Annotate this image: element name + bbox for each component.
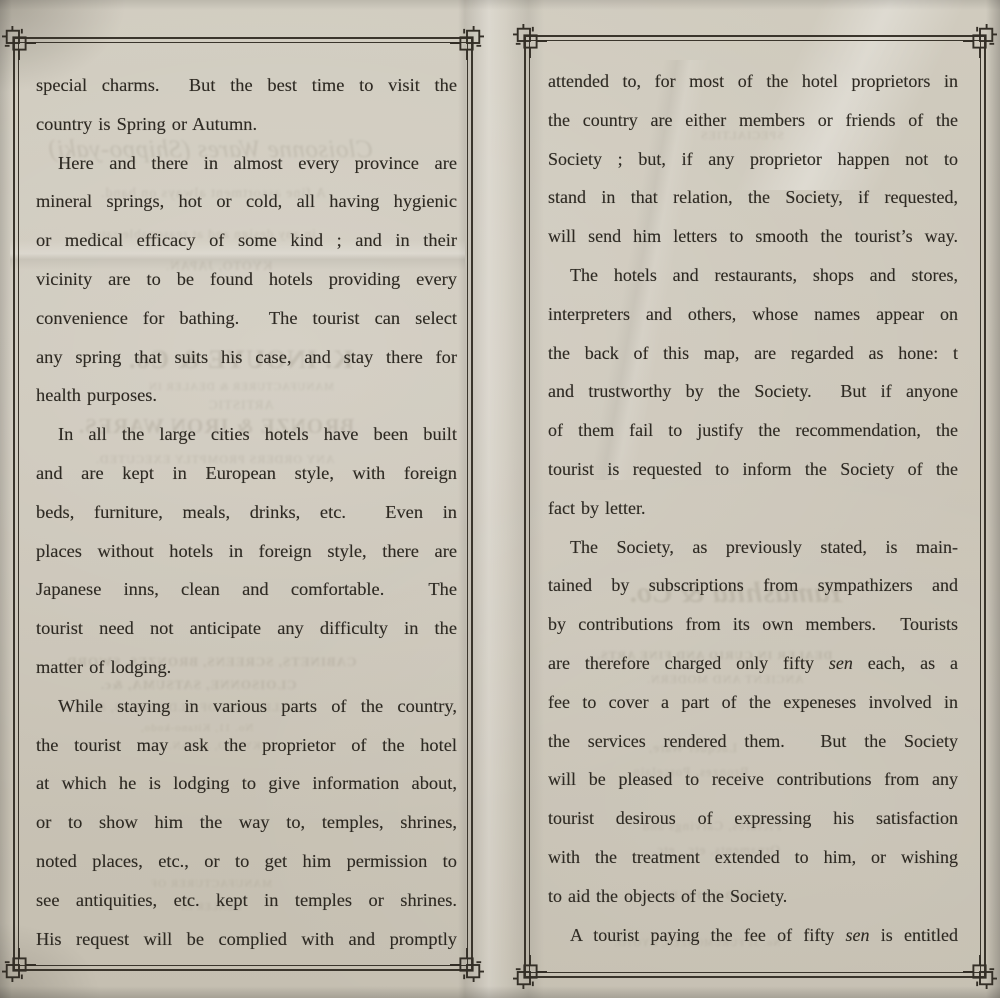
text-line: noted places, etc., or to get him permis… — [36, 842, 457, 881]
text-line: see antiquities, etc. kept in temples or… — [36, 881, 457, 920]
text-line: Society ; but, if any proprietor happen … — [548, 140, 958, 179]
text-line: or to show him the way to, temples, shri… — [36, 803, 457, 842]
text-line: at which he is lodging to give informati… — [36, 764, 457, 803]
paragraph: While staying in various parts of the co… — [36, 687, 457, 959]
text-line: will be pleased to receive contributions… — [548, 760, 958, 799]
text-line: The hotels and restaurants, shops and st… — [548, 256, 958, 295]
text-line: fee to cover a part of the expeneses inv… — [548, 683, 958, 722]
paper-sheet: Cloisonne Wares (Shippo-yaki)A fine asso… — [0, 0, 1000, 998]
text-line: the services rendered them. But the Soci… — [548, 722, 958, 761]
paragraph: The Society, as previously stated, is ma… — [548, 528, 958, 916]
text-line: any spring that suits his case, and stay… — [36, 338, 457, 377]
text-line: with the treatment extended to him, or w… — [548, 838, 958, 877]
text-line: matter of lodging. — [36, 648, 457, 687]
text-line: attended to, for most of the hotel propr… — [548, 62, 958, 101]
text-line: Here and there in almost every province … — [36, 144, 457, 183]
text-line: tourist desirous of expressing his satis… — [548, 799, 958, 838]
text-line: convenience for bathing. The tourist can… — [36, 299, 457, 338]
text-line: will send him letters to smooth the tour… — [548, 217, 958, 256]
text-line: vicinity are to be found hotels providin… — [36, 260, 457, 299]
text-line: Japanese inns, clean and comfortable. Th… — [36, 570, 457, 609]
text-line: mineral springs, hot or cold, all having… — [36, 182, 457, 221]
paragraph: The hotels and restaurants, shops and st… — [548, 256, 958, 528]
text-line: tourist is requested to inform the Socie… — [548, 450, 958, 489]
text-line: to aid the objects of the Society. — [548, 877, 958, 916]
text-line: and are kept in European style, with for… — [36, 454, 457, 493]
text-line: tourist need not anticipate any difficul… — [36, 609, 457, 648]
text-line: by contributions from its own members. T… — [548, 605, 958, 644]
text-line: of them fail to justify the recommendati… — [548, 411, 958, 450]
paragraph: Here and there in almost every province … — [36, 144, 457, 416]
text-line: A tourist paying the fee of fifty sen is… — [548, 916, 958, 955]
text-line: The Society, as previously stated, is ma… — [548, 528, 958, 567]
paragraph: special charms. But the best time to vis… — [36, 66, 457, 144]
text-line: His request will be complied with and pr… — [36, 920, 457, 959]
text-line: tained by subscriptions from sympathizer… — [548, 566, 958, 605]
text-line: country is Spring or Autumn. — [36, 105, 457, 144]
text-line: are therefore charged only fifty sen eac… — [548, 644, 958, 683]
text-line: stand in that relation, the Society, if … — [548, 178, 958, 217]
text-line: special charms. But the best time to vis… — [36, 66, 457, 105]
paragraph: A tourist paying the fee of fifty sen is… — [548, 916, 958, 955]
text-line: While staying in various parts of the co… — [36, 687, 457, 726]
text-line: the country are either members or friend… — [548, 101, 958, 140]
text-line: or medical efficacy of some kind ; and i… — [36, 221, 457, 260]
right-page-text-block: attended to, for most of the hotel propr… — [548, 62, 958, 954]
left-page-text-block: special charms. But the best time to vis… — [36, 66, 457, 958]
text-line: health purposes. — [36, 376, 457, 415]
text-line: the back of this map, are regarded as ho… — [548, 334, 958, 373]
text-line: places without hotels in foreign style, … — [36, 532, 457, 571]
text-line: fact by letter. — [548, 489, 958, 528]
paragraph: attended to, for most of the hotel propr… — [548, 62, 958, 256]
text-line: interpreters and others, whose names app… — [548, 295, 958, 334]
paragraph: In all the large cities hotels have been… — [36, 415, 457, 687]
text-line: and trustworthy by the Society. But if a… — [548, 372, 958, 411]
text-line: In all the large cities hotels have been… — [36, 415, 457, 454]
text-line: the tourist may ask the proprietor of th… — [36, 726, 457, 765]
text-line: beds, furniture, meals, drinks, etc. Eve… — [36, 493, 457, 532]
